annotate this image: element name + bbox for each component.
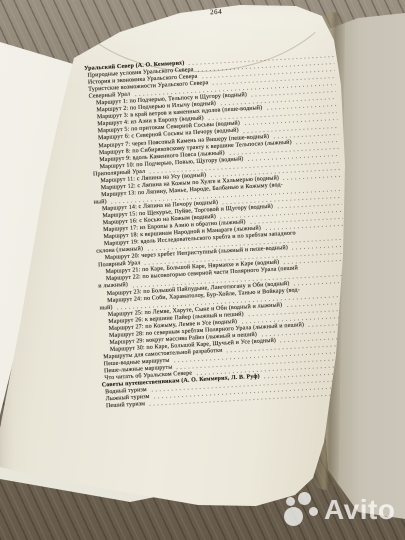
avito-logo-circle <box>286 497 295 506</box>
avito-logo-circle <box>309 507 318 516</box>
toc-line-text: ный) <box>99 304 112 311</box>
avito-logo-circle <box>298 492 311 505</box>
page-number: 264 <box>210 8 223 16</box>
toc-line-text: Пеший туризм <box>106 401 145 409</box>
toc-line-text: ный) <box>93 199 106 206</box>
avito-logo-circle <box>284 507 303 526</box>
avito-watermark-text: Avito <box>324 496 395 524</box>
book-photo-scene: 264 Уральский Север (А. О. Кеммерих)Прир… <box>0 0 405 540</box>
toc-list: Уральский Север (А. О. Кеммерих)Природны… <box>84 52 355 411</box>
avito-logo-icon <box>284 491 320 528</box>
avito-watermark: Avito <box>284 491 395 528</box>
